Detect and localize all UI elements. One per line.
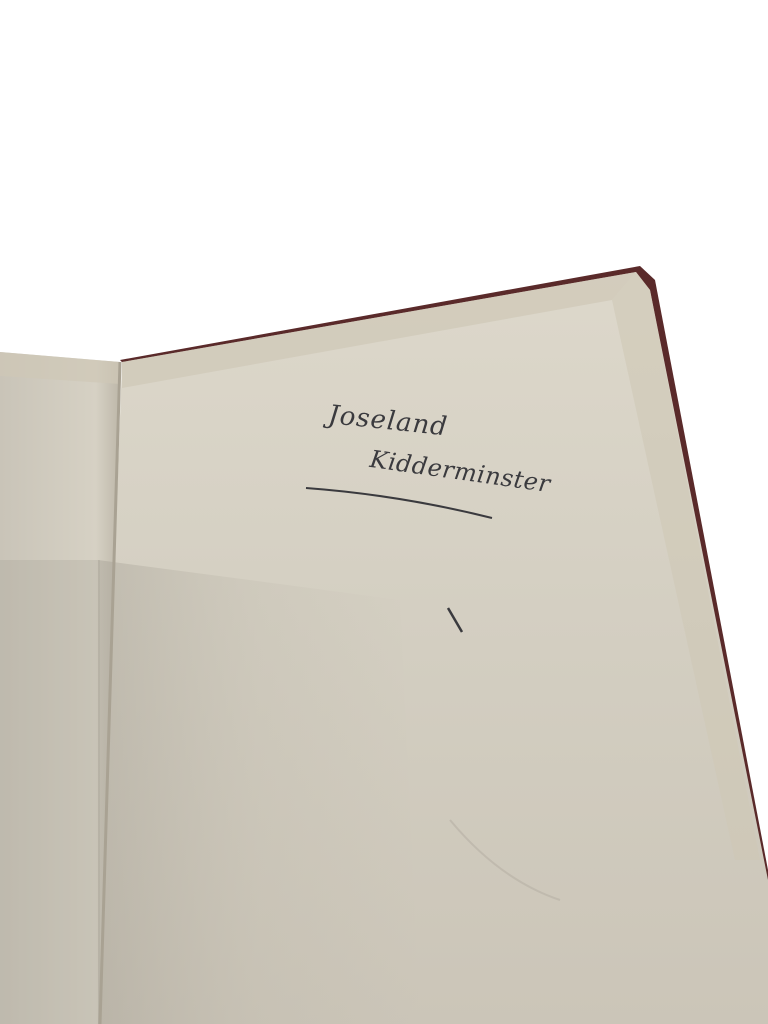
book-photo: Joseland Kidderminster <box>0 0 768 1024</box>
book-illustration <box>0 0 768 1024</box>
